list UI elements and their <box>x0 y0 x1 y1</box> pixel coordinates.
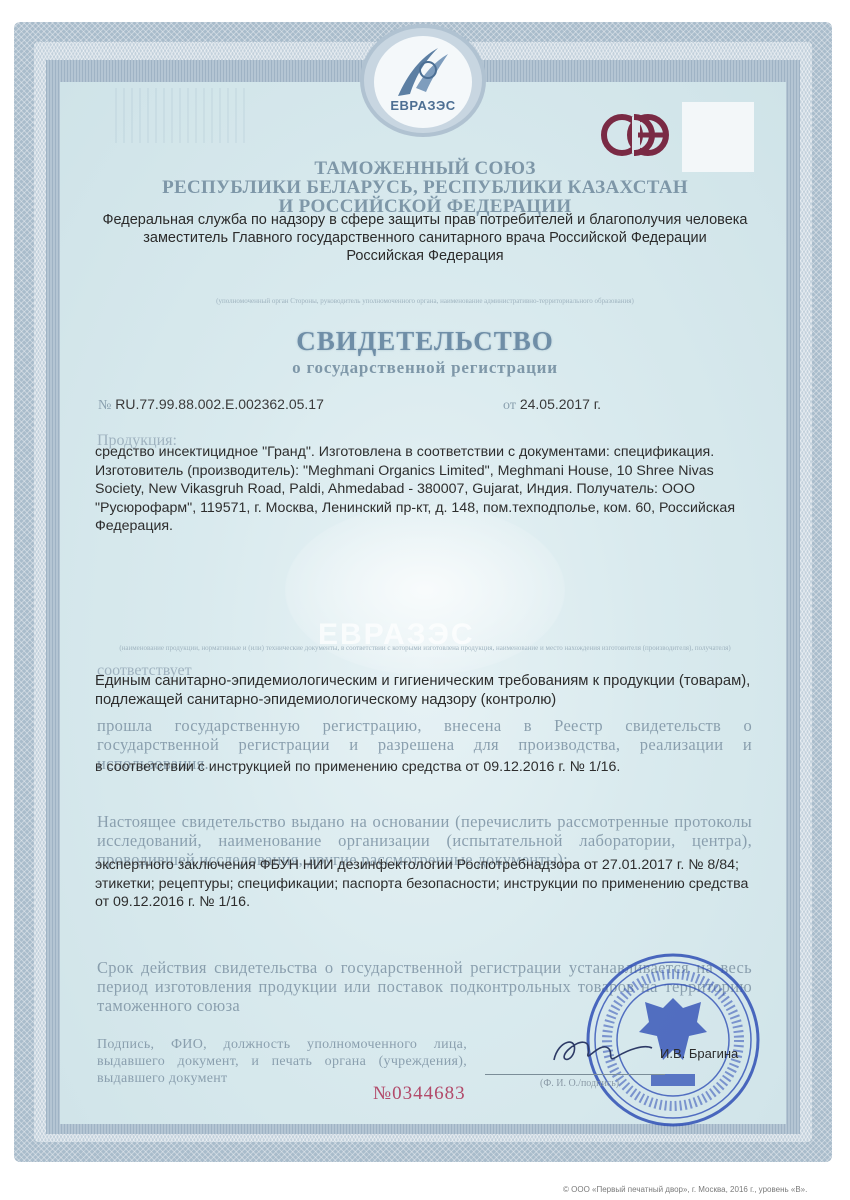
sanitary-epidemiological-mark <box>598 112 674 162</box>
basis-line: этикетки; рецептуры; спецификации; паспо… <box>95 875 755 894</box>
certificate-subtitle: о государственной регистрации <box>80 358 770 378</box>
signature-line-caption: (Ф. И. О./подпись) <box>540 1078 619 1089</box>
compliance-text: Единым санитарно-эпидемиологическим и ги… <box>95 672 755 709</box>
product-line: "Русюрофарм", 119571, г. Москва, Ленинск… <box>95 499 755 518</box>
product-caption: (наименование продукции, нормативные и (… <box>100 644 750 652</box>
basis-documents: экспертного заключения ФБУН НИИ дезинфек… <box>95 856 755 912</box>
emblem-label: ЕВРАЗЭС <box>374 98 472 113</box>
number-label: № <box>98 398 111 413</box>
product-description: средство инсектицидное "Гранд". Изготовл… <box>95 443 755 536</box>
product-line: Society, New Vikasgruh Road, Paldi, Ahme… <box>95 480 755 499</box>
basis-line: от 09.12.2016 г. № 1/16. <box>95 893 755 912</box>
authority-line-1: Федеральная служба по надзору в сфере за… <box>80 212 770 228</box>
basis-line: экспертного заключения ФБУН НИИ дезинфек… <box>95 856 755 875</box>
certificate-title: СВИДЕТЕЛЬСТВО <box>80 326 770 357</box>
certificate-number: RU.77.99.88.002.Е.002362.05.17 <box>115 396 324 412</box>
authority-caption: (уполномоченный орган Стороны, руководит… <box>100 297 750 305</box>
sanitary-epidemiological-mark-icon <box>598 112 674 158</box>
eurasec-emblem-icon <box>394 44 452 100</box>
certificate-date: 24.05.2017 г. <box>520 396 601 412</box>
authority-line-3: Российская Федерация <box>80 248 770 264</box>
eurasec-emblem: ЕВРАЗЭС <box>374 36 472 128</box>
compliance-line: подлежащей санитарно-эпидемиологическому… <box>95 691 755 710</box>
product-line: средство инсектицидное "Гранд". Изготовл… <box>95 443 755 462</box>
certificate-number-row: № RU.77.99.88.002.Е.002362.05.17 <box>98 396 324 414</box>
printer-imprint: © ООО «Первый печатный двор», г. Москва,… <box>563 1185 807 1194</box>
date-label: от <box>503 398 516 413</box>
certificate-date-row: от 24.05.2017 г. <box>503 396 601 414</box>
authority-line-2: заместитель Главного государственного са… <box>80 230 770 246</box>
decorative-pattern <box>115 88 250 143</box>
signature-line <box>485 1074 665 1075</box>
form-serial-number: №0344683 <box>373 1083 466 1105</box>
signature-caption: Подпись, ФИО, должность уполномоченного … <box>97 1036 467 1087</box>
handwritten-signature-icon <box>548 1030 658 1070</box>
product-line: Изготовитель (производитель): "Meghmani … <box>95 462 755 481</box>
usage-instruction: в соответствии с инструкцией по применен… <box>95 758 755 777</box>
handwritten-signature <box>548 1030 658 1075</box>
product-line: Федерация. <box>95 517 755 536</box>
signer-name: И.В. Брагина <box>660 1046 738 1061</box>
compliance-line: Единым санитарно-эпидемиологическим и ги… <box>95 672 755 691</box>
